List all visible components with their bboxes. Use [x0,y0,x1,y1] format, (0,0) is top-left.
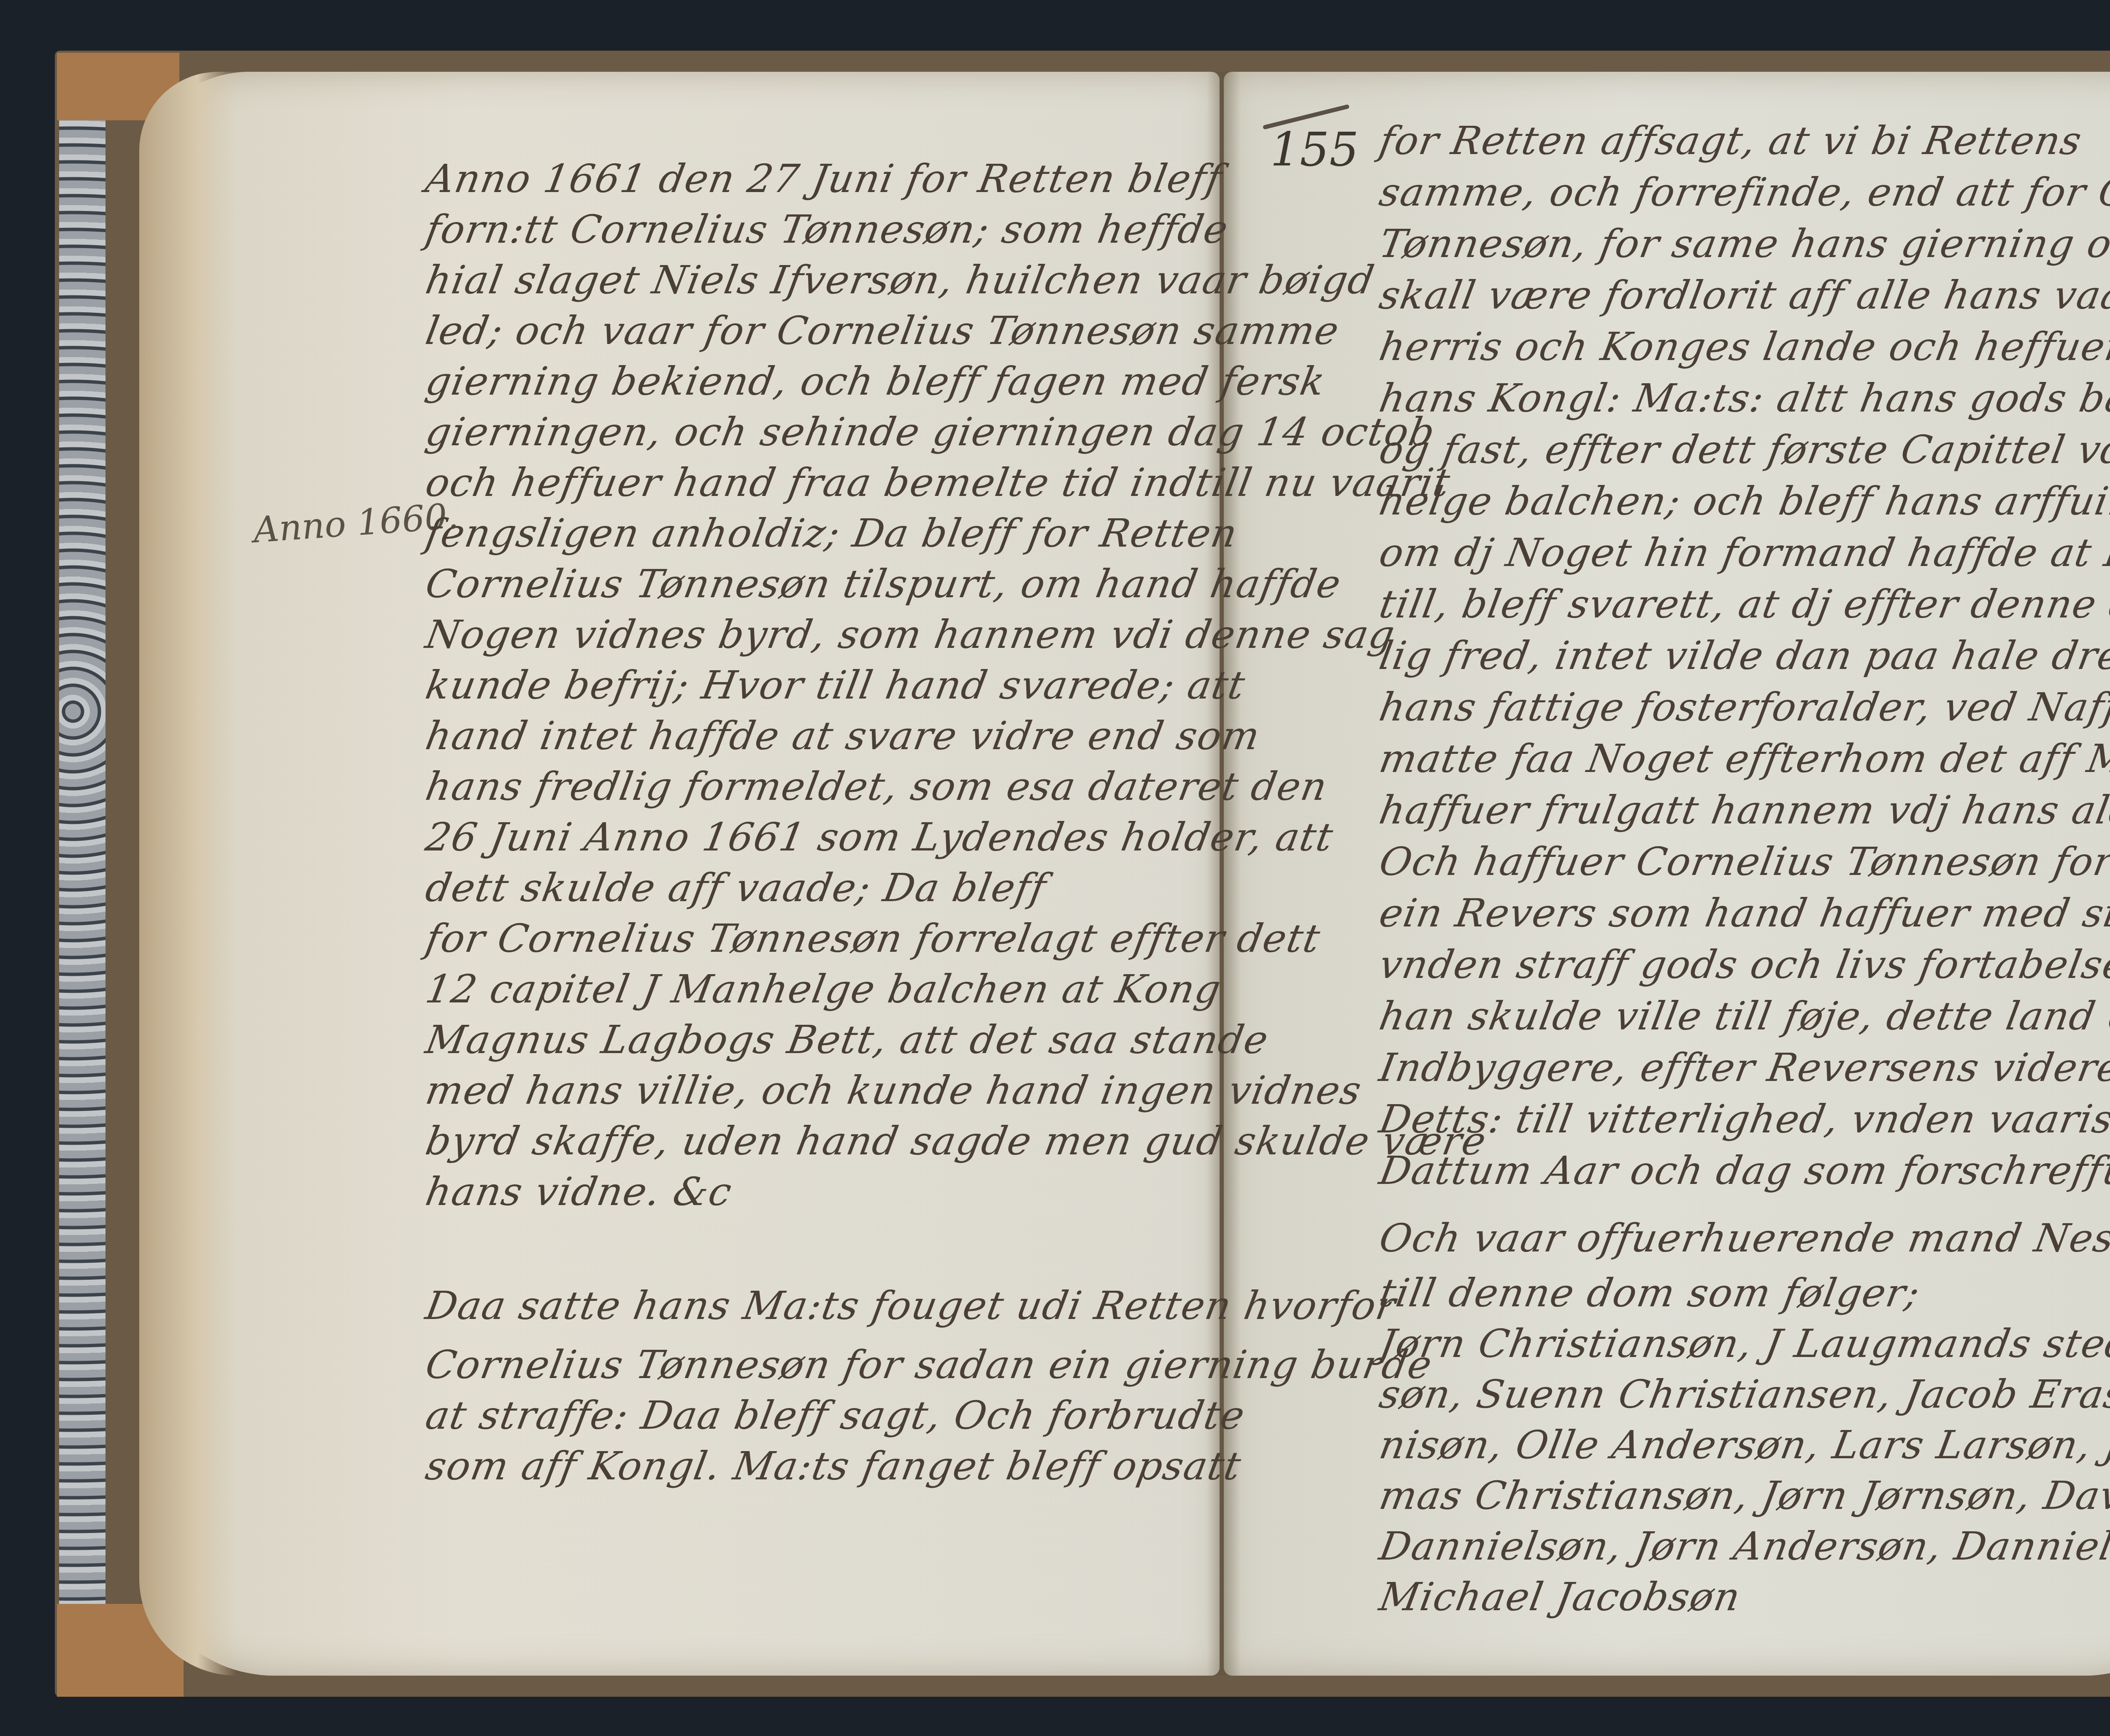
manuscript-line: byrd skaffe, uden hand sagde men gud sku… [422,1119,1490,1164]
manuscript-line: at straffe: Daa bleff sagt, Och forbrudt… [422,1393,1249,1438]
manuscript-line: till denne dom som følger; [1376,1270,1924,1316]
manuscript-line: og fast, effter dett første Capittel vdj… [1376,427,2110,472]
manuscript-line: hans fattige fosterforalder, ved Naffn R… [1376,685,2110,730]
manuscript-line: fengsligen anholdiz; Da bleff for Retten [422,511,1242,556]
manuscript-line: nisøn, Olle Andersøn, Lars Larsøn, Jørn … [1376,1422,2110,1468]
manuscript-line: om dj Noget hin formand haffde at Preten… [1376,530,2110,575]
manuscript-line: Jørn Christiansøn, J Laugmands sted, Nie… [1376,1321,2110,1366]
manuscript-line: 26 Juni Anno 1661 som Lydendes holder, a… [422,815,1337,860]
manuscript-line: ein Revers som hand haffuer med sin eed … [1376,891,2110,936]
marbled-endpaper-left [59,63,105,1684]
manuscript-line: for Cornelius Tønnesøn forrelagt effter … [422,916,1324,961]
manuscript-line: forn:tt Cornelius Tønnesøn; som heffde [422,207,1232,252]
manuscript-line: hand intet haffde at svare vidre end som [422,713,1264,758]
manuscript-line: Nogen vidnes byrd, som hannem vdi denne … [422,612,1399,657]
manuscript-line: haffuer frulgatt hannem vdj hans alder, [1376,788,2110,833]
manuscript-line: gierning bekiend, och bleff fagen med fe… [422,359,1329,404]
manuscript-line: Och vaar offuerhuerende mand Nestfand [1376,1216,2110,1261]
manuscript-line: hans vidne. &c [422,1169,736,1214]
manuscript-line: till, bleff svarett, at dj effter denne … [1376,582,2110,627]
manuscript-line: lig fred, intet vilde dan paa hale drefv… [1376,633,2110,678]
manuscript-line: Cornelius Tønnesøn for sadan ein giernin… [422,1342,1436,1387]
manuscript-line: led; och vaar for Cornelius Tønnesøn sam… [422,308,1343,353]
manuscript-line: Dattum Aar och dag som forschreffuit sta… [1376,1148,2110,1193]
manuscript-line: søn, Suenn Christiansen, Jacob Erasmussø… [1376,1372,2110,1417]
manuscript-line: samme, och forrefinde, end att for Corne… [1376,170,2110,215]
manuscript-line: som aff Kongl. Ma:ts fanget bleff opsatt [422,1444,1245,1489]
manuscript-line: 12 capitel J Manhelge balchen at Kong [422,967,1225,1012]
manuscript-line: kunde befrij; Hvor till hand svarede; at… [422,663,1249,708]
manuscript-line: dett skulde aff vaade; Da bleff [422,865,1050,910]
manuscript-line: Dannielsøn, Jørn Andersøn, Danniell Jens… [1376,1524,2110,1569]
manuscript-line: och heffuer hand fraa bemelte tid indtil… [422,460,1454,505]
manuscript-line: vnden straff gods och livs fortabelse; a… [1376,942,2110,987]
manuscript-line: herris och Konges lande och heffuer forb… [1376,324,2110,369]
manuscript-line: gierningen, och sehinde gierningen dag 1… [422,409,1439,455]
manuscript-line: Indbyggere, effter Reversens videre Indh… [1376,1045,2110,1090]
folio-number: 155 [1270,122,1359,176]
manuscript-line: matte faa Noget effterhom det aff Manndt [1376,736,2110,781]
manuscript-line: Tønnesøn, for same hans gierning och Man… [1376,221,2110,266]
manuscript-line: Daa satte hans Ma:ts fouget udi Retten h… [422,1283,1400,1328]
manuscript-line: han skulde ville till føje, dette land e… [1376,994,2110,1039]
manuscript-line: skall være fordlorit aff alle hans vaar … [1376,273,2110,318]
manuscript-line: hial slaget Niels Ifversøn, huilchen vaa… [422,257,1378,303]
manuscript-line: hans fredlig formeldet, som esa dateret … [422,764,1331,809]
manuscript-line: med hans villie, och kunde hand ingen vi… [422,1068,1366,1113]
manuscript-line: Detts: till vitterlighed, vnden vaaris Z… [1376,1097,2110,1142]
manuscript-line: Och haffuer Cornelius Tønnesøn forpligte… [1376,839,2110,884]
manuscript-line: Anno 1661 den 27 Juni for Retten bleff [422,156,1226,201]
manuscript-line: hans Kongl: Ma:ts: altt hans gods baade … [1376,376,2110,421]
manuscript-line: Michael Jacobsøn [1376,1574,1745,1620]
left-page-worn-edge [139,72,236,1676]
manuscript-line: for Retten affsagt, at vi bi Rettens [1376,118,2086,163]
manuscript-line: Cornelius Tønnesøn tilspurt, om hand haf… [422,561,1345,607]
manuscript-line: Magnus Lagbogs Bett, att det saa stande [422,1017,1272,1062]
manuscript-line: helge balchen; och bleff hans arffuingen… [1376,479,2110,524]
manuscript-line: mas Christiansøn, Jørn Jørnsøn, David Ni… [1376,1473,2110,1518]
